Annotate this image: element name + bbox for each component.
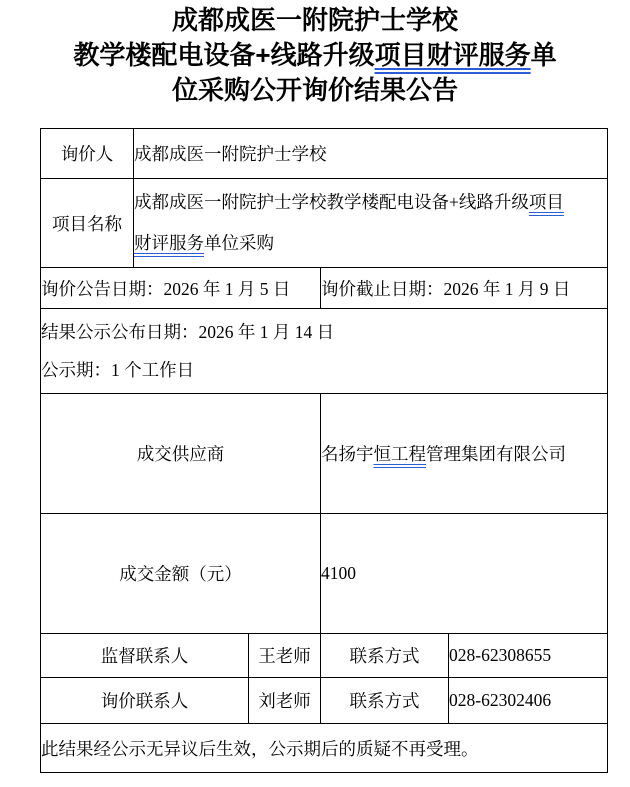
project-name-line-1: 成都成医一附院护士学校教学楼配电设备+线路升级项目 — [134, 182, 607, 223]
announcement-page: 成都成医一附院护士学校 教学楼配电设备+线路升级项目财评服务单 位采购公开询价结… — [0, 0, 630, 787]
table-row-supplier: 成交供应商 名扬宇恒工程管理集团有限公司 — [41, 394, 608, 514]
supervisor-contact-label-cell: 联系方式 — [321, 634, 449, 678]
supplier-marked-text: 恒工程 — [374, 444, 427, 464]
inquiry-contact-label-cell: 询价联系人 — [41, 678, 249, 724]
supervisor-name-cell: 王老师 — [249, 634, 321, 678]
project-name-tail: 单位采购 — [204, 233, 274, 253]
title-line-2-text: 教学楼配电设备+线路升级 — [73, 40, 374, 70]
project-name-text: 成都成医一附院护士学校教学楼配电设备+线路升级 — [134, 192, 529, 212]
project-name-line-2: 财评服务单位采购 — [134, 223, 607, 264]
amount-label-cell: 成交金额（元） — [41, 514, 321, 634]
inquiry-result-table: 询价人 成都成医一附院护士学校 项目名称 成都成医一附院护士学校教学楼配电设备+… — [40, 128, 608, 773]
amount-value-cell: 4100 — [321, 514, 608, 634]
footer-note-cell: 此结果经公示无异议后生效，公示期后的质疑不再受理。 — [41, 724, 608, 773]
page-title: 成都成医一附院护士学校 教学楼配电设备+线路升级项目财评服务单 位采购公开询价结… — [0, 3, 630, 108]
supplier-name-text: 名扬宇 — [321, 444, 374, 464]
publicity-period-line: 公示期：1 个工作日 — [41, 351, 607, 389]
supervisor-phone-cell: 028-62308655 — [449, 634, 608, 678]
supervisor-label-cell: 监督联系人 — [41, 634, 249, 678]
inquiry-contact-name-cell: 刘老师 — [249, 678, 321, 724]
supplier-label-cell: 成交供应商 — [41, 394, 321, 514]
result-publish-date-line: 结果公示公布日期：2026 年 1 月 14 日 — [41, 313, 607, 351]
title-line-2-marked-text: 项目财评服务 — [375, 40, 531, 70]
inquirer-value-cell: 成都成医一附院护士学校 — [134, 129, 608, 179]
table-row-inquiry-contact: 询价联系人 刘老师 联系方式 028-62302406 — [41, 678, 608, 724]
title-line-3: 位采购公开询价结果公告 — [0, 73, 630, 108]
title-line-1: 成都成医一附院护士学校 — [0, 3, 630, 38]
inquirer-label-cell: 询价人 — [41, 129, 134, 179]
table-row-supervisor-contact: 监督联系人 王老师 联系方式 028-62308655 — [41, 634, 608, 678]
table-row-amount: 成交金额（元） 4100 — [41, 514, 608, 634]
title-line-2: 教学楼配电设备+线路升级项目财评服务单 — [0, 38, 630, 73]
inquiry-contact-method-label-cell: 联系方式 — [321, 678, 449, 724]
table-row-dates: 询价公告日期：2026 年 1 月 5 日 询价截止日期：2026 年 1 月 … — [41, 268, 608, 309]
supplier-value-cell: 名扬宇恒工程管理集团有限公司 — [321, 394, 608, 514]
table-row-inquirer: 询价人 成都成医一附院护士学校 — [41, 129, 608, 179]
result-publicity-cell: 结果公示公布日期：2026 年 1 月 14 日 公示期：1 个工作日 — [41, 309, 608, 394]
project-name-marked-text-1: 项目 — [529, 192, 564, 212]
inquiry-phone-cell: 028-62302406 — [449, 678, 608, 724]
supplier-name-tail: 管理集团有限公司 — [426, 444, 566, 464]
project-name-value-cell: 成都成医一附院护士学校教学楼配电设备+线路升级项目 财评服务单位采购 — [134, 179, 608, 268]
table-row-footer-note: 此结果经公示无异议后生效，公示期后的质疑不再受理。 — [41, 724, 608, 773]
project-name-marked-text-2: 财评服务 — [134, 233, 204, 253]
notice-date-cell: 询价公告日期：2026 年 1 月 5 日 — [41, 268, 321, 309]
project-name-label-cell: 项目名称 — [41, 179, 134, 268]
deadline-date-cell: 询价截止日期：2026 年 1 月 9 日 — [321, 268, 608, 309]
table-row-project-name: 项目名称 成都成医一附院护士学校教学楼配电设备+线路升级项目 财评服务单位采购 — [41, 179, 608, 268]
table-row-result-publicity: 结果公示公布日期：2026 年 1 月 14 日 公示期：1 个工作日 — [41, 309, 608, 394]
title-line-2-tail: 单 — [531, 40, 557, 70]
